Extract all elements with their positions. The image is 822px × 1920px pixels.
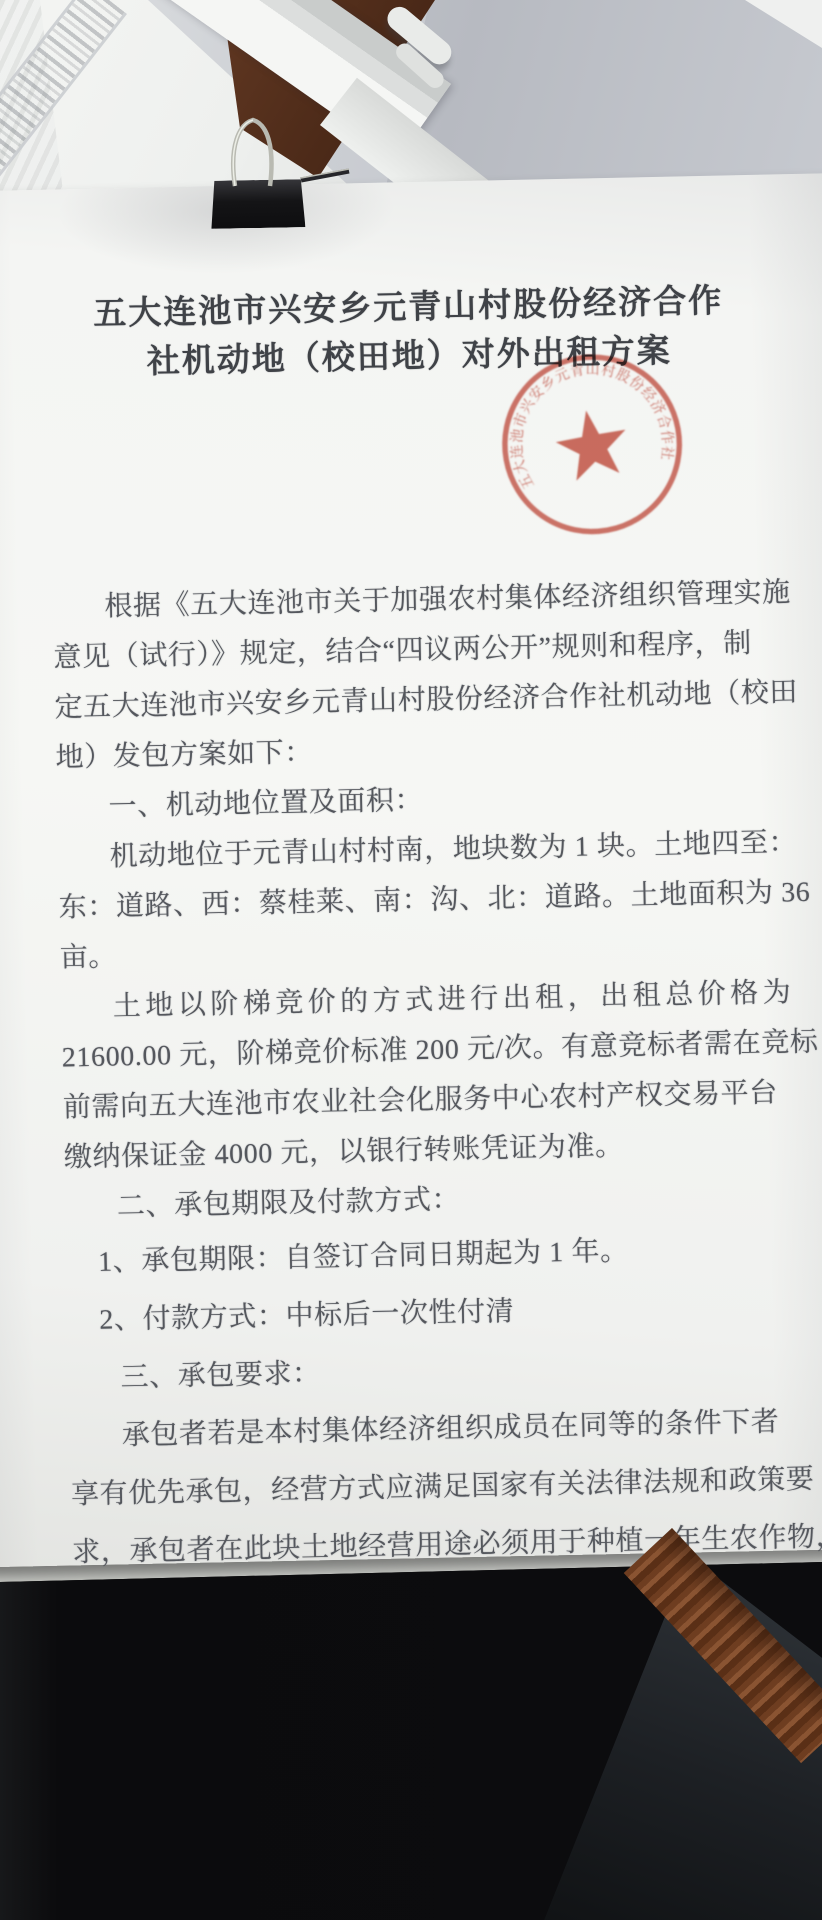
photo-of-document: 五大连池市兴安乡元青山村股份经济合作 社机动地（校田地）对外出租方案 根据《五大… <box>0 0 822 1920</box>
document-paper: 五大连池市兴安乡元青山村股份经济合作 社机动地（校田地）对外出租方案 根据《五大… <box>0 173 822 1568</box>
official-seal-stamp: 五大连池市兴安乡元青山村股份经济合作社 <box>478 330 706 558</box>
red-star-icon <box>551 404 633 483</box>
document-body: 根据《五大连池市关于加强农村集体经济组织管理实施意见（试行）》规定，结合“四议两… <box>52 573 784 1649</box>
binder-clip-wire <box>215 108 365 192</box>
